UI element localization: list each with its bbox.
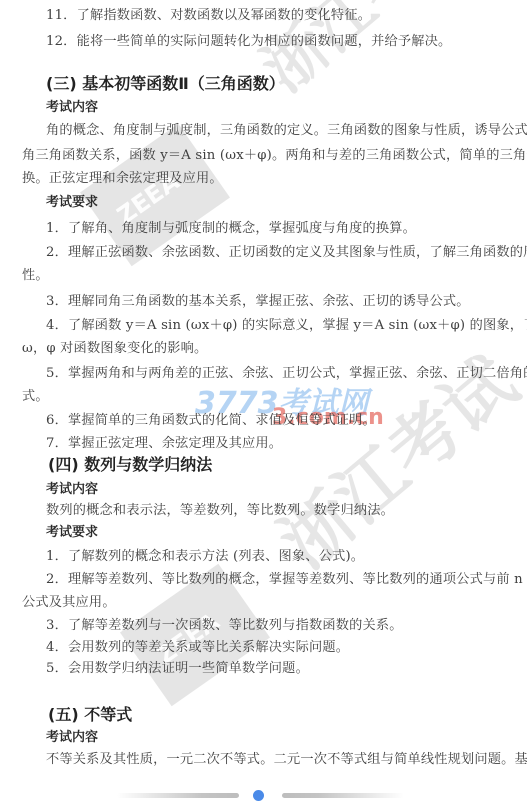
list-item: 7．掌握正弦定理、余弦定理及其应用。 — [46, 436, 282, 452]
content-label: 考试内容 — [46, 100, 98, 116]
page-indicator-right-bar — [282, 793, 404, 798]
list-item: 1．了解角、角度制与弧度制的概念，掌握弧度与角度的换算。 — [46, 221, 416, 237]
list-item-continuation: 性。 — [22, 268, 49, 284]
list-item: 3．理解同角三角函数的基本关系，掌握正弦、余弦、正切的诱导公式。 — [46, 294, 470, 310]
content-label: 考试内容 — [46, 482, 98, 498]
content-paragraph-line: 不等关系及其性质，一元二次不等式。二元一次不等式组与简单线性规划问题。基本不 — [46, 752, 527, 768]
list-item-continuation: 公式及其应用。 — [22, 595, 116, 611]
section-heading: (三) 基本初等函数Ⅱ（三角函数） — [46, 74, 285, 94]
list-item-continuation: 式。 — [22, 389, 49, 405]
content-paragraph-line: 换。正弦定理和余弦定理及应用。 — [22, 171, 223, 187]
list-item: 1．了解数列的概念和表示方法 (列表、图象、公式)。 — [46, 549, 364, 565]
section-heading: (五) 不等式 — [48, 705, 132, 725]
list-item: 5．会用数学归纳法证明一些简单数学问题。 — [46, 661, 309, 677]
content-paragraph-line: 角的概念、角度制与弧度制，三角函数的定义。三角函数的图象与性质，诱导公式，同 — [46, 123, 527, 139]
section-heading: (四) 数列与数学归纳法 — [48, 455, 212, 475]
page-indicator-left-bar — [117, 793, 239, 798]
list-item: 12．能将一些简单的实际问题转化为相应的函数问题，并给予解决。 — [46, 34, 451, 50]
list-item: 4．了解函数 y＝A sin (ωx＋φ) 的实际意义，掌握 y＝A sin (… — [46, 318, 527, 334]
list-item: 5．掌握两角和与两角差的正弦、余弦、正切公式，掌握正弦、余弦、正切二倍角的公 — [46, 366, 527, 382]
current-page-dot[interactable] — [253, 790, 264, 801]
page-indicator — [0, 787, 527, 805]
content-paragraph-line: 角三角函数关系，函数 y＝A sin (ωx＋φ)。两角和与差的三角函数公式，简… — [22, 148, 527, 164]
list-item-continuation: ω，φ 对函数图象变化的影响。 — [22, 341, 207, 357]
list-item: 4．会用数列的等差关系或等比关系解决实际问题。 — [46, 640, 349, 656]
content-label: 考试内容 — [46, 730, 98, 746]
list-item: 2．理解正弦函数、余弦函数、正切函数的定义及其图象与性质，了解三角函数的周期 — [46, 245, 527, 261]
content-paragraph-line: 数列的概念和表示法，等差数列，等比数列。数学归纳法。 — [46, 503, 394, 519]
list-item: 3．了解等差数列与一次函数、等比数列与指数函数的关系。 — [46, 618, 403, 634]
requirements-label: 考试要求 — [46, 525, 98, 541]
list-item: 11．了解指数函数、对数函数以及幂函数的变化特征。 — [46, 8, 371, 24]
list-item: 2．理解等差数列、等比数列的概念，掌握等差数列、等比数列的通项公式与前 n 项和 — [46, 572, 527, 588]
list-item: 6．掌握简单的三角函数式的化简、求值及恒等式证明。 — [46, 413, 376, 429]
requirements-label: 考试要求 — [46, 195, 98, 211]
